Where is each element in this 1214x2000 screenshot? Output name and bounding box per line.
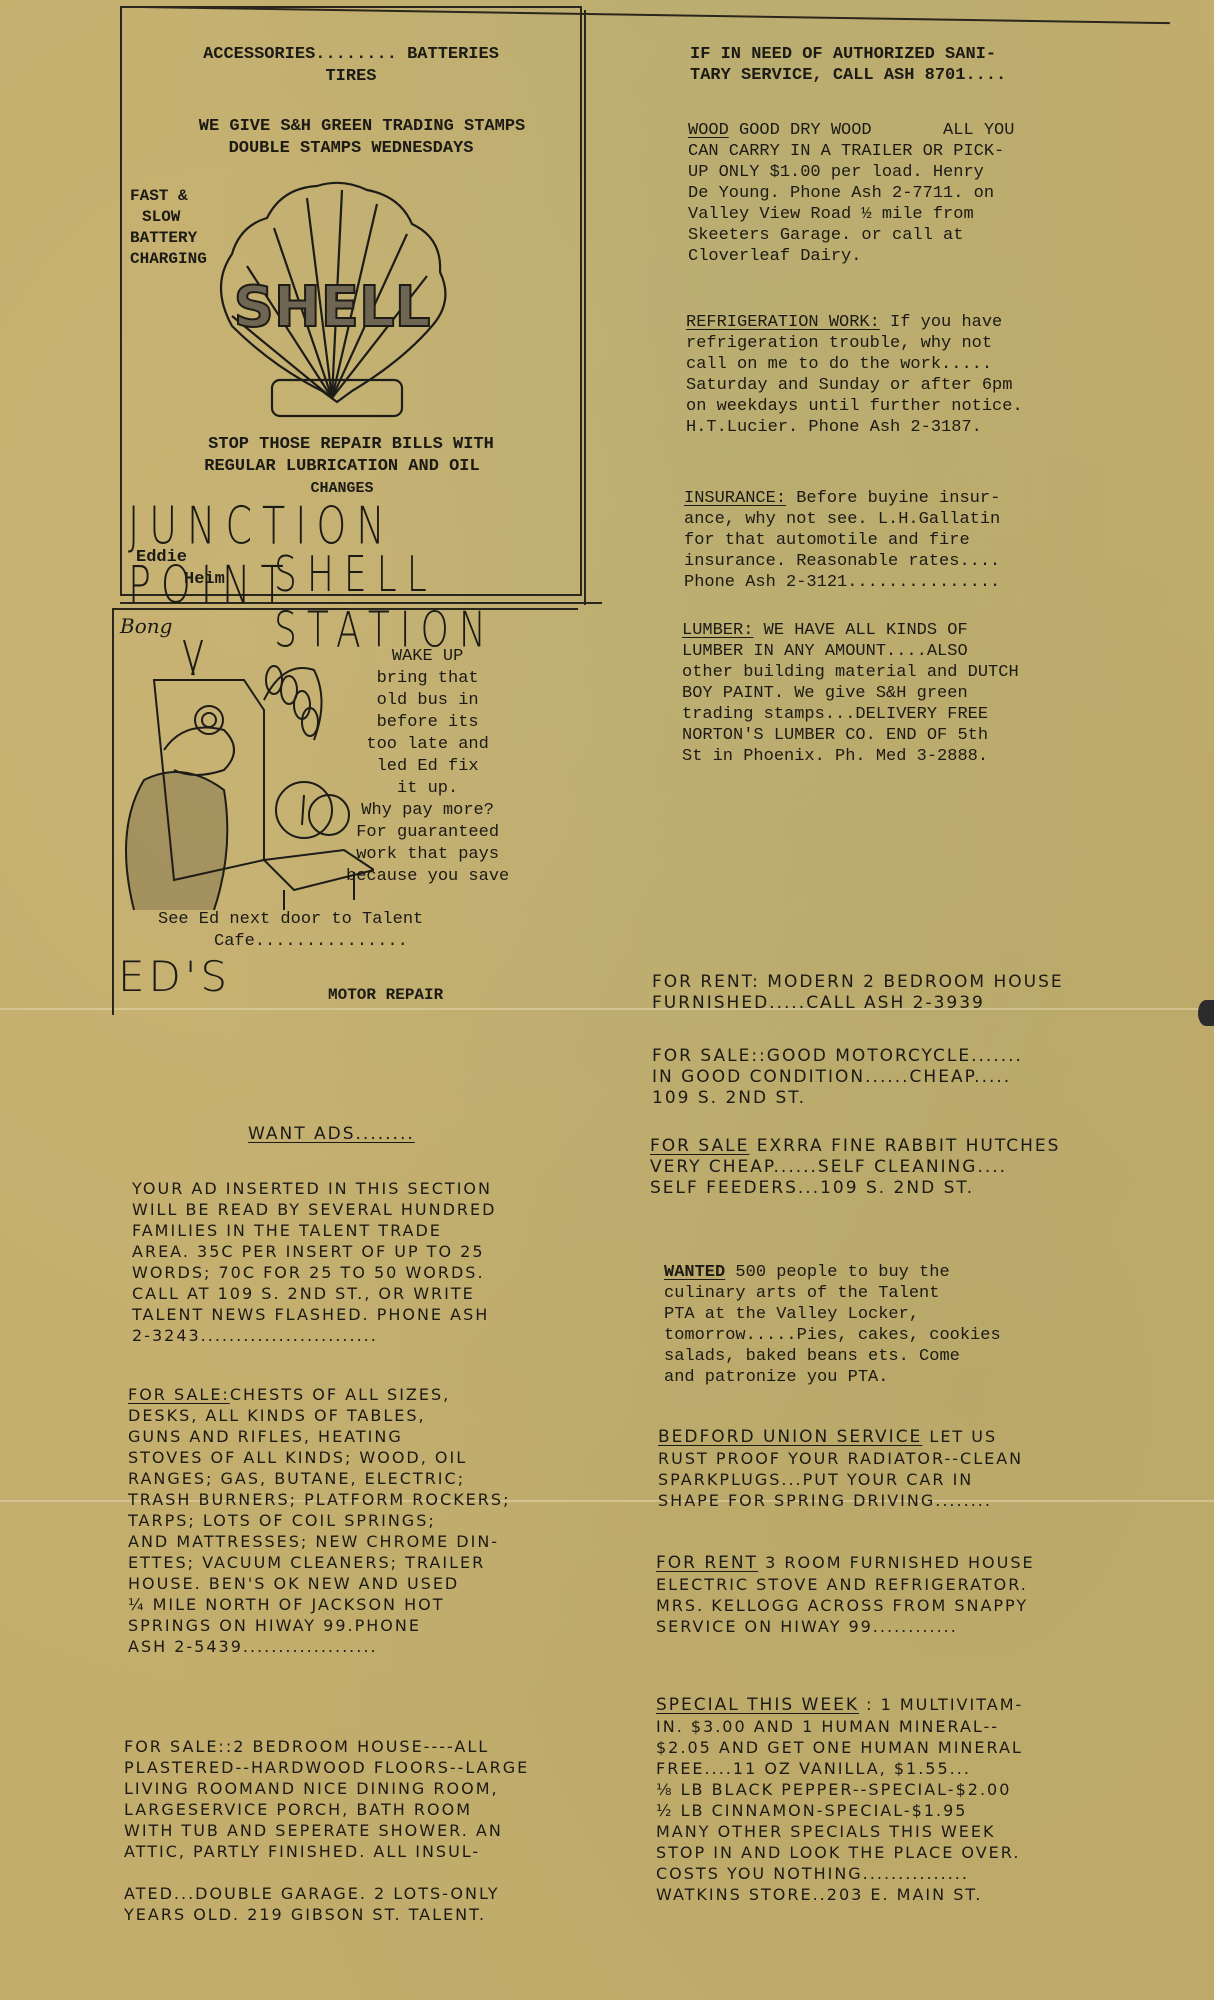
ad-line: ¼ MILE NORTH OF JACKSON HOT <box>128 1594 510 1615</box>
intro-line: AREA. 35C PER INSERT OF UP TO 25 <box>132 1241 496 1262</box>
ad-line: SELF FEEDERS...109 S. 2ND ST. <box>650 1178 1060 1199</box>
ad-heading: FOR SALE: <box>128 1385 230 1404</box>
ad-line <box>124 1862 529 1883</box>
shell-icon: SHELL <box>202 176 462 426</box>
repair-line2: REGULAR LUBRICATION AND OIL <box>122 456 562 477</box>
ad-line: $2.05 AND GET ONE HUMAN MINERAL <box>656 1737 1023 1758</box>
charging-line: CHARGING <box>130 249 207 270</box>
ad-line: FOR SALE::GOOD MOTORCYCLE....... <box>652 1046 1023 1067</box>
ad-line: STOP IN AND LOOK THE PLACE OVER. <box>656 1842 1023 1863</box>
ad-line: 3 ROOM FURNISHED HOUSE <box>758 1553 1035 1572</box>
eds-line: WAKE UP <box>346 646 509 668</box>
ad-line: DESKS, ALL KINDS OF TABLES, <box>128 1405 510 1426</box>
ad-line: COSTS YOU NOTHING............... <box>656 1863 1023 1884</box>
ad-heading: WANTED <box>664 1263 725 1282</box>
ad-heading: FOR RENT <box>656 1553 758 1573</box>
owner-last-name: Heim <box>184 570 225 589</box>
column-divider <box>584 10 586 605</box>
ad-line: TRASH BURNERS; PLATFORM ROCKERS; <box>128 1489 510 1510</box>
bedford-union-service-ad: BEDFORD UNION SERVICE LET US RUST PROOF … <box>658 1426 1023 1511</box>
refrigeration-ad: REFRIGERATION WORK: If you have refriger… <box>686 312 1023 438</box>
ad-line: If you have <box>880 313 1002 332</box>
ad-line: MANY OTHER SPECIALS THIS WEEK <box>656 1821 1023 1842</box>
ad-line: STOVES OF ALL KINDS; WOOD, OIL <box>128 1447 510 1468</box>
ad-line: St in Phoenix. Ph. Med 3-2888. <box>682 746 1019 767</box>
ad-line: IN. $3.00 AND 1 HUMAN MINERAL-- <box>656 1716 1023 1737</box>
eds-line: too late and <box>346 734 509 756</box>
sanitary-service-ad: IF IN NEED OF AUTHORIZED SANI- TARY SERV… <box>690 44 1006 86</box>
owner-first-name: Eddie <box>136 548 187 567</box>
intro-line: CALL AT 109 S. 2ND ST., OR WRITE <box>132 1283 496 1304</box>
eds-line: Why pay more? <box>346 800 509 822</box>
ad-line: TARY SERVICE, CALL ASH 8701.... <box>690 65 1006 86</box>
ad-line: salads, baked beans ets. Come <box>664 1346 1001 1367</box>
eds-line: before its <box>346 712 509 734</box>
alarm-clock-icon <box>114 610 374 910</box>
ad-heading: INSURANCE: <box>684 489 786 508</box>
ad-line: WATKINS STORE..203 E. MAIN ST. <box>656 1884 1023 1905</box>
shell-header-line2: TIRES <box>122 66 580 87</box>
battery-charging-text: FAST & SLOW BATTERY CHARGING <box>130 186 207 270</box>
ad-line: LUMBER IN ANY AMOUNT....ALSO <box>682 641 1019 662</box>
ad-line: WE HAVE ALL KINDS OF <box>753 621 967 640</box>
eds-line: led Ed fix <box>346 756 509 778</box>
ad-line: ETTES; VACUUM CLEANERS; TRAILER <box>128 1552 510 1573</box>
want-ads-title: WANT ADS........ <box>248 1124 415 1144</box>
ad-line: ance, why not see. L.H.Gallatin <box>684 509 1000 530</box>
charging-line: BATTERY <box>130 228 207 249</box>
intro-line: WORDS; 70C FOR 25 TO 50 WORDS. <box>132 1262 496 1283</box>
intro-line: TALENT NEWS FLASHED. PHONE ASH <box>132 1304 496 1325</box>
eds-service: MOTOR REPAIR <box>328 986 443 1004</box>
ad-line: VERY CHEAP......SELF CLEANING.... <box>650 1157 1060 1178</box>
ad-line: Saturday and Sunday or after 6pm <box>686 375 1023 396</box>
ad-heading: SPECIAL THIS WEEK <box>656 1695 859 1715</box>
want-ads-intro: YOUR AD INSERTED IN THIS SECTION WILL BE… <box>132 1178 496 1346</box>
ad-line: FREE....11 OZ VANILLA, $1.55... <box>656 1758 1023 1779</box>
ad-heading: WOOD <box>688 121 729 140</box>
house-for-rent-ad: FOR RENT: MODERN 2 BEDROOM HOUSE FURNISH… <box>652 972 1064 1014</box>
paper-tear <box>1198 1000 1214 1026</box>
insurance-ad: INSURANCE: Before buyine insur- ance, wh… <box>684 488 1000 593</box>
shell-station-ad: ACCESSORIES........ BATTERIES TIRES WE G… <box>120 6 582 596</box>
ad-line: Valley View Road ½ mile from <box>688 204 1014 225</box>
room-for-rent-ad: FOR RENT 3 ROOM FURNISHED HOUSE ELECTRIC… <box>656 1552 1035 1637</box>
ad-line: ½ LB CINNAMON-SPECIAL-$1.95 <box>656 1800 1023 1821</box>
eds-line: it up. <box>346 778 509 800</box>
ad-line: De Young. Phone Ash 2-7711. on <box>688 183 1014 204</box>
ad-line: FOR SALE::2 BEDROOM HOUSE----ALL <box>124 1736 529 1757</box>
eds-line: work that pays <box>346 844 509 866</box>
ad-heading: REFRIGERATION WORK: <box>686 313 880 332</box>
ad-line: SHAPE FOR SPRING DRIVING........ <box>658 1490 1023 1511</box>
ad-line: MRS. KELLOGG ACROSS FROM SNAPPY <box>656 1595 1035 1616</box>
ad-line: call on me to do the work..... <box>686 354 1023 375</box>
furniture-for-sale-ad: FOR SALE:CHESTS OF ALL SIZES, DESKS, ALL… <box>128 1384 510 1657</box>
ad-line: Before buyine insur- <box>786 489 1000 508</box>
ad-line: LIVING ROOMAND NICE DINING ROOM, <box>124 1778 529 1799</box>
charging-line: FAST & <box>130 186 207 207</box>
ad-line: tomorrow.....Pies, cakes, cookies <box>664 1325 1001 1346</box>
ad-line: WITH TUB AND SEPERATE SHOWER. AN <box>124 1820 529 1841</box>
ad-line: IF IN NEED OF AUTHORIZED SANI- <box>690 44 1006 65</box>
ad-line: and patronize you PTA. <box>664 1367 1001 1388</box>
ad-line: Cloverleaf Dairy. <box>688 246 1014 267</box>
shell-stamps-line2: DOUBLE STAMPS WEDNESDAYS <box>122 138 580 159</box>
ad-line: EXRRA FINE RABBIT HUTCHES <box>749 1136 1060 1156</box>
ad-line: CHESTS OF ALL SIZES, <box>230 1385 450 1404</box>
ad-line: ATED...DOUBLE GARAGE. 2 LOTS-ONLY <box>124 1883 529 1904</box>
ad-line: CAN CARRY IN A TRAILER OR PICK- <box>688 141 1014 162</box>
ad-line: AND MATTRESSES; NEW CHROME DIN- <box>128 1531 510 1552</box>
shell-logo-text: SHELL <box>234 275 431 340</box>
ad-line: RUST PROOF YOUR RADIATOR--CLEAN <box>658 1448 1023 1469</box>
ad-line: UP ONLY $1.00 per load. Henry <box>688 162 1014 183</box>
wood-ad: WOOD GOOD DRY WOOD ALL YOU CAN CARRY IN … <box>688 120 1014 267</box>
charging-line: SLOW <box>130 207 207 228</box>
ad-line: SERVICE ON HIWAY 99............ <box>656 1616 1035 1637</box>
shell-stamps-line1: WE GIVE S&H GREEN TRADING STAMPS <box>122 116 602 137</box>
eds-line: For guaranteed <box>346 822 509 844</box>
ad-line: TARPS; LOTS OF COIL SPRINGS; <box>128 1510 510 1531</box>
ad-line: ELECTRIC STOVE AND REFRIGERATOR. <box>656 1574 1035 1595</box>
eds-line: old bus in <box>346 690 509 712</box>
lumber-ad: LUMBER: WE HAVE ALL KINDS OF LUMBER IN A… <box>682 620 1019 767</box>
intro-line: WILL BE READ BY SEVERAL HUNDRED <box>132 1199 496 1220</box>
ad-line: culinary arts of the Talent <box>664 1283 1001 1304</box>
eds-motor-repair-ad: Bong WAKE UP bring that old bus in befor… <box>112 608 578 1015</box>
shell-header-line1: ACCESSORIES........ BATTERIES <box>122 44 580 65</box>
eds-location-line1: See Ed next door to Talent <box>158 910 423 929</box>
ad-line: NORTON'S LUMBER CO. END OF 5th <box>682 725 1019 746</box>
rabbit-hutches-ad: FOR SALE EXRRA FINE RABBIT HUTCHES VERY … <box>650 1136 1060 1199</box>
pta-bake-sale-ad: WANTED 500 people to buy the culinary ar… <box>664 1262 1001 1388</box>
ad-line: H.T.Lucier. Phone Ash 2-3187. <box>686 417 1023 438</box>
ad-line: GOOD DRY WOOD ALL YOU <box>729 121 1015 140</box>
ad-line: ATTIC, PARTLY FINISHED. ALL INSUL- <box>124 1841 529 1862</box>
eds-line: bring that <box>346 668 509 690</box>
ad-heading: BEDFORD UNION SERVICE <box>658 1427 922 1447</box>
ad-line: ASH 2-5439................... <box>128 1636 510 1657</box>
ad-line: RANGES; GAS, BUTANE, ELECTRIC; <box>128 1468 510 1489</box>
house-for-sale-ad: FOR SALE::2 BEDROOM HOUSE----ALL PLASTER… <box>124 1736 529 1925</box>
ad-line: ⅛ LB BLACK PEPPER--SPECIAL-$2.00 <box>656 1779 1023 1800</box>
ad-line: BOY PAINT. We give S&H green <box>682 683 1019 704</box>
intro-line: YOUR AD INSERTED IN THIS SECTION <box>132 1178 496 1199</box>
eds-ad-copy: WAKE UP bring that old bus in before its… <box>346 646 509 888</box>
ad-line: PLASTERED--HARDWOOD FLOORS--LARGE <box>124 1757 529 1778</box>
ad-line: LARGESERVICE PORCH, BATH ROOM <box>124 1799 529 1820</box>
watkins-store-specials-ad: SPECIAL THIS WEEK : 1 MULTIVITAM- IN. $3… <box>656 1694 1023 1905</box>
ad-line: refrigeration trouble, why not <box>686 333 1023 354</box>
ad-line: GUNS AND RIFLES, HEATING <box>128 1426 510 1447</box>
ad-line: on weekdays until further notice. <box>686 396 1023 417</box>
eds-name: ED'S <box>118 952 231 1001</box>
ad-line: 500 people to buy the <box>725 1263 949 1282</box>
ad-line: YEARS OLD. 219 GIBSON ST. TALENT. <box>124 1904 529 1925</box>
ad-line: : 1 MULTIVITAM- <box>859 1695 1023 1714</box>
ad-line: other building material and DUTCH <box>682 662 1019 683</box>
intro-line: FAMILIES IN THE TALENT TRADE <box>132 1220 496 1241</box>
ad-line: HOUSE. BEN'S OK NEW AND USED <box>128 1573 510 1594</box>
ad-line: LET US <box>922 1427 997 1446</box>
ad-line: Phone Ash 2-3121............... <box>684 572 1000 593</box>
ad-line: FOR RENT: MODERN 2 BEDROOM HOUSE <box>652 972 1064 993</box>
eds-line: because you save <box>346 866 509 888</box>
ad-line: SPARKPLUGS...PUT YOUR CAR IN <box>658 1469 1023 1490</box>
ad-line: insurance. Reasonable rates.... <box>684 551 1000 572</box>
ad-line: PTA at the Valley Locker, <box>664 1304 1001 1325</box>
ad-line: FURNISHED.....CALL ASH 2-3939 <box>652 993 1064 1014</box>
ad-line: for that automotile and fire <box>684 530 1000 551</box>
ad-line: trading stamps...DELIVERY FREE <box>682 704 1019 725</box>
motorcycle-for-sale-ad: FOR SALE::GOOD MOTORCYCLE....... IN GOOD… <box>652 1046 1023 1109</box>
ad-line: Skeeters Garage. or call at <box>688 225 1014 246</box>
eds-location-line2: Cafe............... <box>214 932 408 951</box>
ad-line: SPRINGS ON HIWAY 99.PHONE <box>128 1615 510 1636</box>
intro-line: 2-3243......................... <box>132 1325 496 1346</box>
ad-heading: LUMBER: <box>682 621 753 640</box>
ad-line: 109 S. 2ND ST. <box>652 1088 1023 1109</box>
repair-line1: STOP THOSE REPAIR BILLS WITH <box>122 434 580 455</box>
ad-heading: FOR SALE <box>650 1136 749 1156</box>
ad-line: IN GOOD CONDITION......CHEAP..... <box>652 1067 1023 1088</box>
